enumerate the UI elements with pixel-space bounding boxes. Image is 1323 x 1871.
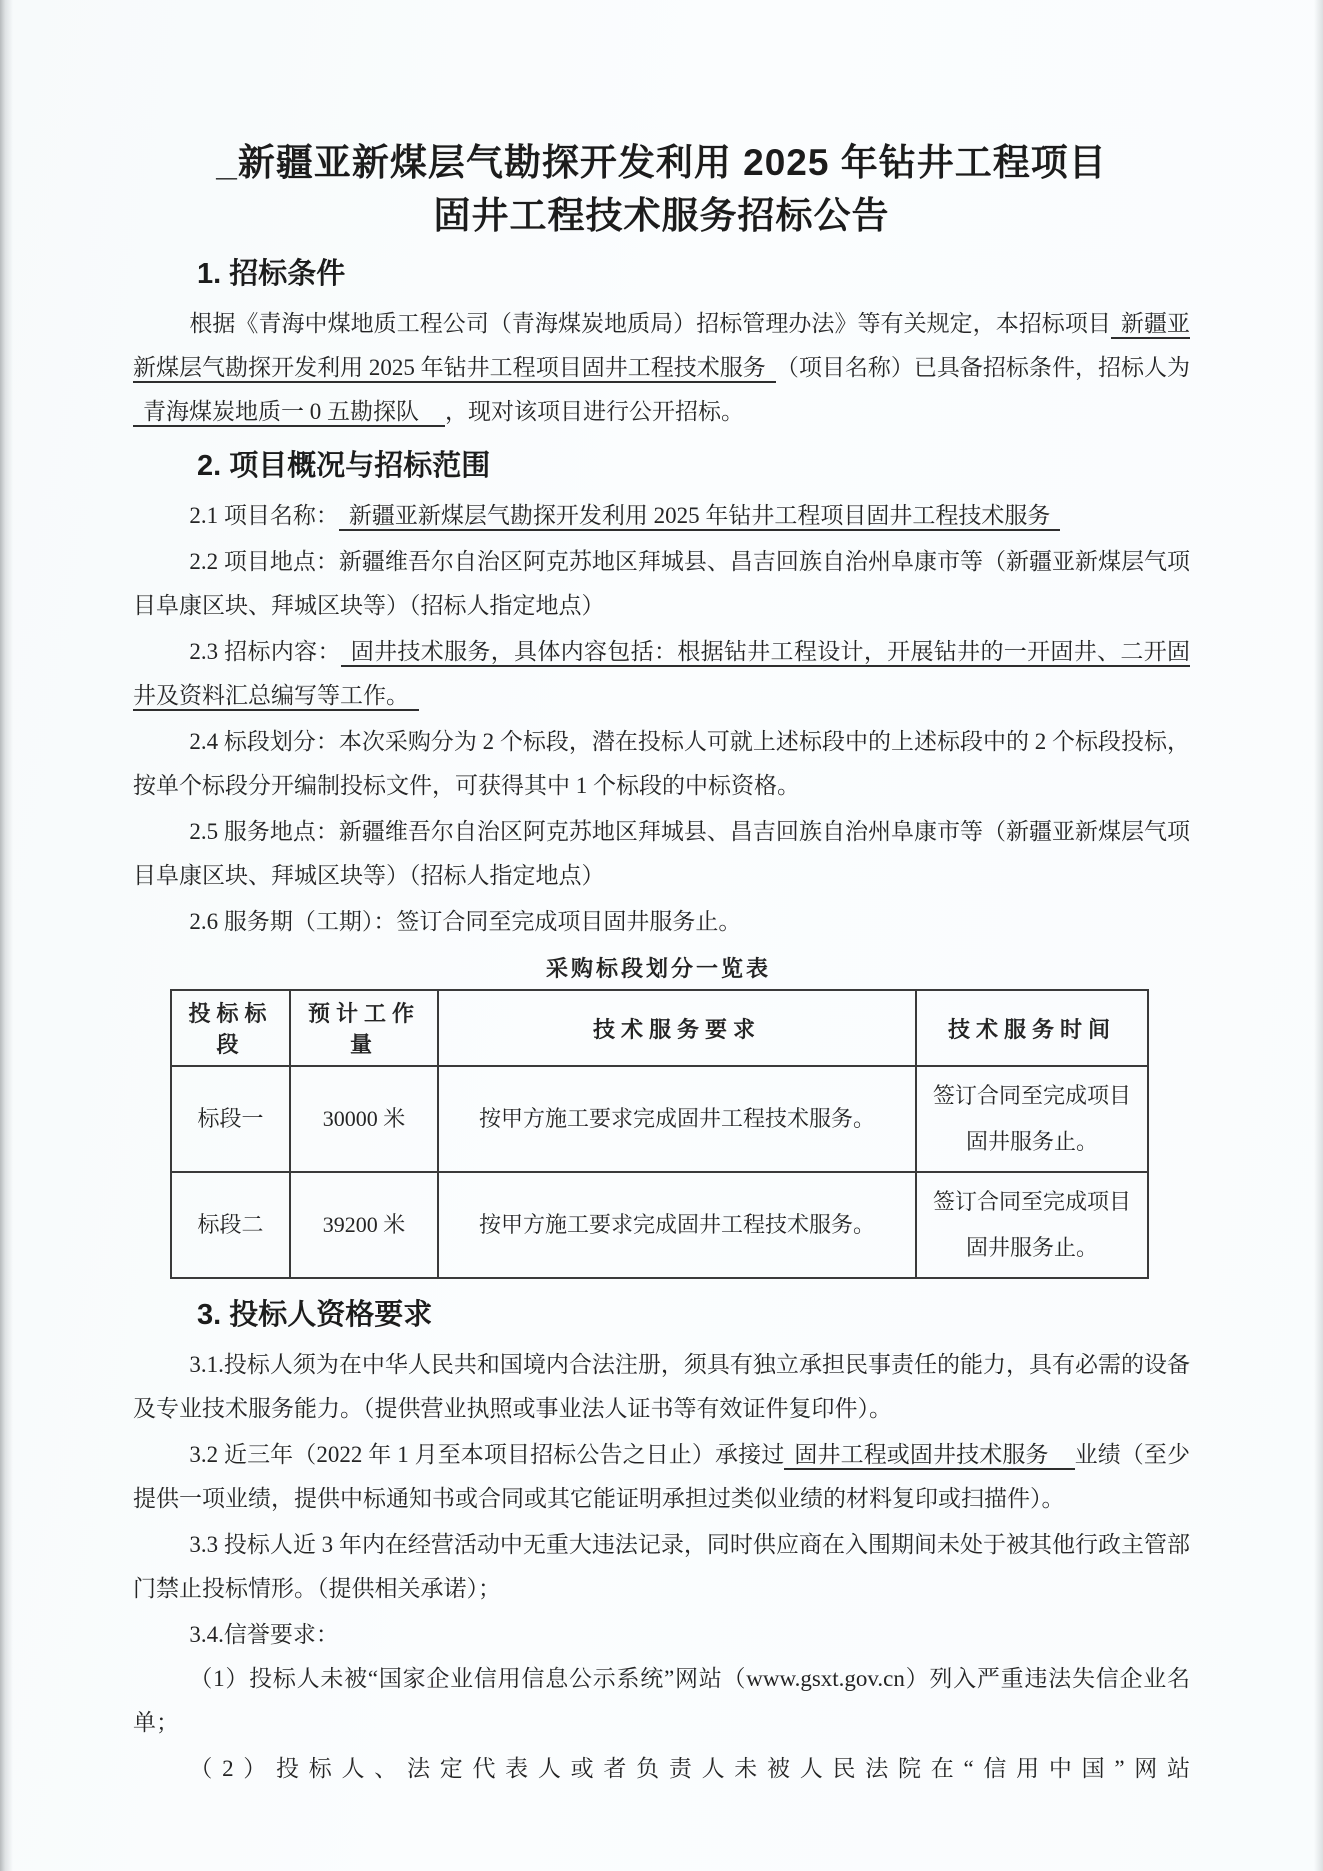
title-line-2: 固井工程技术服务招标公告 — [133, 189, 1190, 242]
scan-edge-left — [0, 0, 13, 1871]
item-label: 2.3 招标内容： — [189, 639, 340, 664]
para-3-4-credit-requirements: 3.4.信誉要求： — [133, 1613, 1190, 1657]
text-segment: 3.2 近三年（2022 年 1 月至本项目招标公告之日止）承接过 — [189, 1442, 784, 1467]
table-header-estimated-workload: 预计工作量 — [290, 990, 438, 1066]
underlined-experience-type: 固井工程或固井技术服务 — [784, 1442, 1074, 1470]
para-3-2-experience: 3.2 近三年（2022 年 1 月至本项目招标公告之日止）承接过固井工程或固井… — [133, 1433, 1190, 1521]
spacer — [133, 1279, 1190, 1283]
table-header-service-requirement: 技术服务要求 — [438, 990, 916, 1066]
text-segment: ，现对该项目进行公开招标。 — [445, 399, 744, 424]
scanned-document-page: _新疆亚新煤层气勘探开发利用 2025 年钻井工程项目 固井工程技术服务招标公告… — [0, 0, 1323, 1871]
table-header-service-time: 技术服务时间 — [916, 990, 1148, 1066]
para-3-3-no-violations: 3.3 投标人近 3 年内在经营活动中无重大违法记录，同时供应商在入围期间未处于… — [133, 1523, 1190, 1611]
cell-workload: 39200 米 — [290, 1172, 438, 1278]
para-2-3-bid-content: 2.3 招标内容：固井技术服务，具体内容包括：根据钻井工程设计，开展钻井的一开固… — [133, 630, 1190, 718]
page-title: _新疆亚新煤层气勘探开发利用 2025 年钻井工程项目 固井工程技术服务招标公告 — [133, 136, 1190, 242]
text-segment: 根据《青海中煤地质工程公司（青海煤炭地质局）招标管理办法》等有关规定，本招标项目 — [189, 311, 1111, 336]
heading-section-2: 2. 项目概况与招标范围 — [197, 446, 1190, 486]
underlined-project-name: 新疆亚新煤层气勘探开发利用 2025 年钻井工程项目固井工程技术服务 — [339, 503, 1061, 531]
text-segment: （项目名称）已具备招标条件，招标人为 — [776, 355, 1190, 380]
para-2-2-project-location: 2.2 项目地点：新疆维吾尔自治区阿克苏地区拜城县、昌吉回族自治州阜康市等（新疆… — [133, 540, 1190, 628]
para-2-4-lot-division: 2.4 标段划分：本次采购分为 2 个标段，潜在投标人可就上述标段中的上述标段中… — [133, 720, 1190, 808]
para-3-4-item-1: （1）投标人未被“国家企业信用信息公示系统”网站（www.gsxt.gov.cn… — [133, 1657, 1190, 1745]
table-header-bid-lot: 投标标段 — [171, 990, 290, 1066]
table-row: 标段二 39200 米 按甲方施工要求完成固井工程技术服务。 签订合同至完成项目… — [171, 1172, 1148, 1278]
item-label: 2.1 项目名称： — [189, 503, 339, 528]
table-row: 标段一 30000 米 按甲方施工要求完成固井工程技术服务。 签订合同至完成项目… — [171, 1066, 1148, 1172]
table-header-row: 投标标段 预计工作量 技术服务要求 技术服务时间 — [171, 990, 1148, 1066]
cell-workload: 30000 米 — [290, 1066, 438, 1172]
scan-edge-right — [1314, 0, 1323, 1871]
para-3-4-item-2: （2）投标人、法定代表人或者负责人未被人民法院在“信用中国”网站 — [133, 1747, 1190, 1791]
cell-service-time: 签订合同至完成项目固井服务止。 — [916, 1172, 1148, 1278]
heading-section-1: 1. 招标条件 — [197, 254, 1190, 294]
para-2-6-service-period: 2.6 服务期（工期）：签订合同至完成项目固井服务止。 — [133, 900, 1190, 944]
para-2-5-service-location: 2.5 服务地点：新疆维吾尔自治区阿克苏地区拜城县、昌吉回族自治州阜康市等（新疆… — [133, 810, 1190, 898]
underlined-tenderer-name: 青海煤炭地质一 0 五勘探队 — [133, 399, 445, 427]
title-line-1: _新疆亚新煤层气勘探开发利用 2025 年钻井工程项目 — [133, 136, 1190, 189]
cell-requirement: 按甲方施工要求完成固井工程技术服务。 — [438, 1172, 916, 1278]
cell-service-time: 签订合同至完成项目固井服务止。 — [916, 1066, 1148, 1172]
para-3-1-registration: 3.1.投标人须为在中华人民共和国境内合法注册，须具有独立承担民事责任的能力，具… — [133, 1343, 1190, 1431]
cell-lot-name: 标段二 — [171, 1172, 290, 1278]
table-caption: 采购标段划分一览表 — [170, 952, 1147, 983]
heading-section-3: 3. 投标人资格要求 — [197, 1295, 1190, 1335]
para-2-1-project-name: 2.1 项目名称：新疆亚新煤层气勘探开发利用 2025 年钻井工程项目固井工程技… — [133, 494, 1190, 538]
cell-lot-name: 标段一 — [171, 1066, 290, 1172]
para-bidding-conditions: 根据《青海中煤地质工程公司（青海煤炭地质局）招标管理办法》等有关规定，本招标项目… — [133, 302, 1190, 434]
lot-division-table: 投标标段 预计工作量 技术服务要求 技术服务时间 标段一 30000 米 按甲方… — [170, 989, 1149, 1279]
cell-requirement: 按甲方施工要求完成固井工程技术服务。 — [438, 1066, 916, 1172]
document-content: _新疆亚新煤层气勘探开发利用 2025 年钻井工程项目 固井工程技术服务招标公告… — [133, 136, 1190, 1793]
